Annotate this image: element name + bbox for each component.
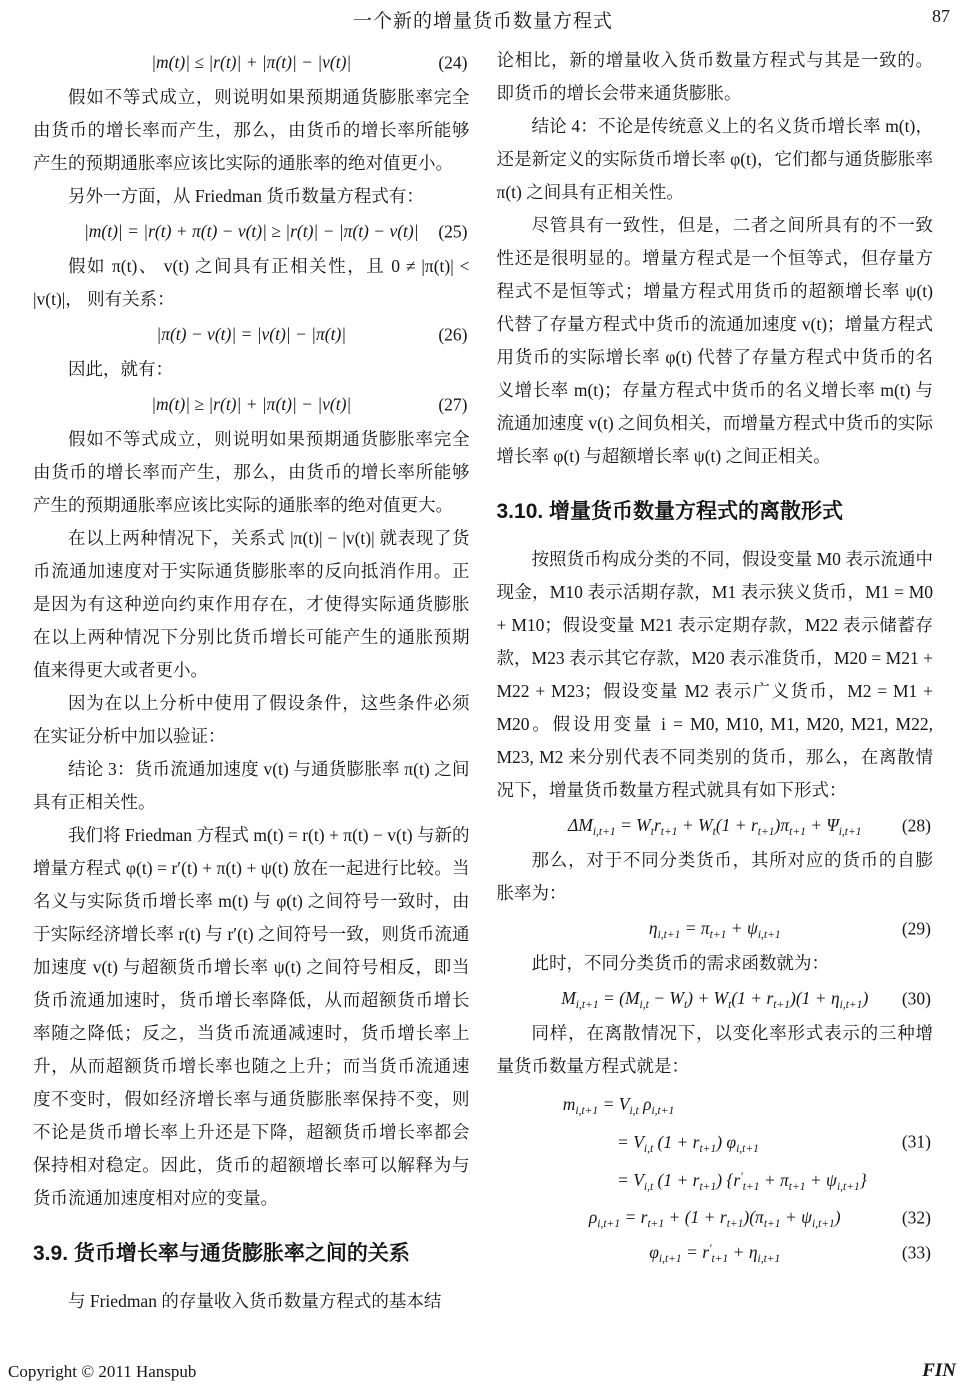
paragraph: 在以上两种情况下，关系式 |π(t)| − |v(t)| 就表现了货币流通加速度…	[33, 522, 470, 687]
equation: |m(t)| ≤ |r(t)| + |π(t)| − |v(t)|(24)	[33, 46, 470, 79]
equation-number: (29)	[902, 912, 931, 945]
paragraph: 同样，在离散情况下，以变化率形式表示的三种增量货币数量方程式就是：	[497, 1017, 934, 1083]
copyright-text: Copyright © 2011 Hanspub	[8, 1362, 196, 1382]
paper-page: { "page": { "title": "一个新的增量货币数量方程式", "p…	[0, 0, 966, 1386]
page-title: 一个新的增量货币数量方程式	[0, 6, 966, 33]
equation-body: mi,t+1 = Vi,t ρi,t+1= Vi,t (1 + rt+1) φi…	[553, 1085, 877, 1199]
paragraph: 假如不等式成立，则说明如果预期通货膨胀率完全由货币的增长率而产生，那么，由货币的…	[33, 81, 470, 180]
journal-mark: FIN	[922, 1360, 956, 1382]
equation-body: φi,t+1 = r′t+1 + ηi,t+1	[639, 1236, 790, 1269]
equation: |π(t) − v(t)| = |v(t)| − |π(t)|(26)	[33, 318, 470, 351]
equation-number: (33)	[902, 1236, 931, 1269]
equation-body: |m(t)| = |r(t) + π(t) − v(t)| ≥ |r(t)| −…	[74, 215, 429, 248]
equation: φi,t+1 = r′t+1 + ηi,t+1(33)	[497, 1236, 934, 1269]
equation-number: (24)	[438, 46, 467, 79]
paragraph: 结论 4：不论是传统意义上的名义货币增长率 m(t)，还是新定义的实际货币增长率…	[497, 110, 934, 209]
paragraph: 另外一方面，从 Friedman 货币数量方程式有：	[33, 180, 470, 213]
equation-body: ηi,t+1 = πt+1 + ψi,t+1	[639, 912, 791, 945]
equation-body: ΔMi,t+1 = Wtrt+1 + Wt(1 + rt+1)πt+1 + Ψi…	[558, 809, 872, 842]
equation-body: |m(t)| ≥ |r(t)| + |π(t)| − |v(t)|	[141, 388, 361, 421]
equation-number: (28)	[902, 809, 931, 842]
equation-body: |π(t) − v(t)| = |v(t)| − |π(t)|	[146, 318, 356, 351]
section-heading: 3.9. 货币增长率与通货膨胀率之间的关系	[33, 1240, 470, 1268]
paragraph: 论相比，新的增量收入货币数量方程式与其是一致的。即货币的增长会带来通货膨胀。	[497, 44, 934, 110]
paragraph: 因此，就有：	[33, 353, 470, 386]
equation: ΔMi,t+1 = Wtrt+1 + Wt(1 + rt+1)πt+1 + Ψi…	[497, 809, 934, 842]
equation: ρi,t+1 = rt+1 + (1 + rt+1)(πt+1 + ψi,t+1…	[497, 1201, 934, 1234]
paragraph: 此时，不同分类货币的需求函数就为：	[497, 947, 934, 980]
left-column: |m(t)| ≤ |r(t)| + |π(t)| − |v(t)|(24)假如不…	[33, 44, 470, 1318]
paragraph: 结论 3：货币流通加速度 v(t) 与通货膨胀率 π(t) 之间具有正相关性。	[33, 753, 470, 819]
section-heading: 3.10. 增量货币数量方程式的离散形式	[497, 498, 934, 526]
equation-body: ρi,t+1 = rt+1 + (1 + rt+1)(πt+1 + ψi,t+1…	[579, 1201, 851, 1234]
equation-number: (32)	[902, 1201, 931, 1234]
equation: mi,t+1 = Vi,t ρi,t+1= Vi,t (1 + rt+1) φi…	[497, 1085, 934, 1199]
equation-body: Mi,t+1 = (Mi,t − Wt) + Wt(1 + rt+1)(1 + …	[551, 982, 878, 1015]
paragraph: 那么，对于不同分类货币，其所对应的货币的自膨胀率为：	[497, 844, 934, 910]
paragraph: 假如 π(t)、 v(t) 之间具有正相关性，且 0 ≠ |π(t)| < |v…	[33, 250, 470, 316]
paragraph: 尽管具有一致性，但是，二者之间所具有的不一致性还是很明显的。增量方程式是一个恒等…	[497, 209, 934, 473]
equation-number: (26)	[438, 318, 467, 351]
equation-body: |m(t)| ≤ |r(t)| + |π(t)| − |v(t)|	[141, 46, 361, 79]
equation: ηi,t+1 = πt+1 + ψi,t+1(29)	[497, 912, 934, 945]
equation-number: (25)	[438, 215, 467, 248]
equation-number: (31)	[902, 1126, 931, 1159]
page-header: 一个新的增量货币数量方程式 87	[0, 6, 966, 36]
equation: Mi,t+1 = (Mi,t − Wt) + Wt(1 + rt+1)(1 + …	[497, 982, 934, 1015]
right-column: 论相比，新的增量收入货币数量方程式与其是一致的。即货币的增长会带来通货膨胀。结论…	[497, 44, 934, 1318]
two-column-body: |m(t)| ≤ |r(t)| + |π(t)| − |v(t)|(24)假如不…	[33, 44, 933, 1318]
equation: |m(t)| = |r(t) + π(t) − v(t)| ≥ |r(t)| −…	[33, 215, 470, 248]
paragraph: 假如不等式成立，则说明如果预期通货膨胀率完全由货币的增长率而产生，那么，由货币的…	[33, 423, 470, 522]
paragraph: 我们将 Friedman 方程式 m(t) = r(t) + π(t) − v(…	[33, 819, 470, 1215]
equation: |m(t)| ≥ |r(t)| + |π(t)| − |v(t)|(27)	[33, 388, 470, 421]
paragraph: 与 Friedman 的存量收入货币数量方程式的基本结	[33, 1285, 470, 1318]
page-number: 87	[932, 6, 950, 27]
equation-number: (30)	[902, 982, 931, 1015]
equation-number: (27)	[438, 388, 467, 421]
paragraph: 按照货币构成分类的不同，假设变量 M0 表示流通中现金，M10 表示活期存款，M…	[497, 543, 934, 807]
page-footer: Copyright © 2011 Hanspub FIN	[8, 1360, 956, 1382]
paragraph: 因为在以上分析中使用了假设条件，这些条件必须在实证分析中加以验证：	[33, 687, 470, 753]
